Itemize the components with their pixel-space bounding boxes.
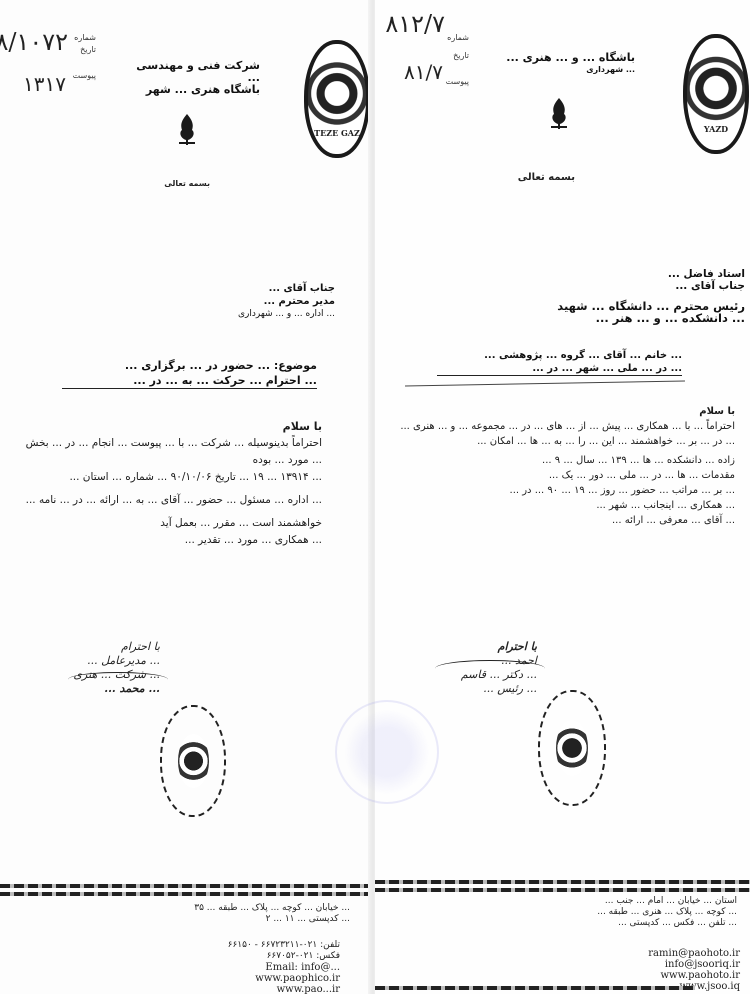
right-signature-line1: با احترام [437, 640, 537, 654]
right-recipient-line2: جناب آقای ... [465, 280, 745, 292]
left-subject-line2: ... احترام ... حرکت ... به ... در ... [62, 373, 317, 389]
left-number-label: شماره [66, 32, 96, 44]
left-footer-band-second [0, 892, 375, 896]
right-footer-address-line3: ... تلفن ... فکس ... کدپستی ... [425, 918, 737, 929]
left-signature-line1: با احترام [70, 640, 160, 654]
left-letter-number: ۲۹۸/۱۰۷۲ [4, 28, 68, 56]
right-footer-web1[interactable]: ramin@paohoto.ir [575, 948, 740, 959]
left-signature-line2: ... مدیرعامل ... [70, 654, 160, 668]
right-body-paragraph7: ... آقای ... معرفی ... ارائه ... [387, 513, 735, 528]
left-salutation: با سلام [22, 418, 322, 435]
right-meta-labels: شماره تاریخ پیوست [447, 32, 469, 88]
right-letter-page: شماره تاریخ پیوست ۸۱۲/۷ ۸۱/۷ باشگاه ... … [375, 0, 750, 994]
right-attachment-label: پیوست [447, 76, 469, 88]
right-subject-underline [405, 381, 685, 387]
left-date-label: تاریخ [66, 44, 96, 56]
left-meta-labels: شماره تاریخ پیوست [66, 32, 96, 82]
right-number-label: شماره [447, 32, 469, 44]
left-footer-address-line2: ... کدپستی ... ۱۱ ... ۲ [100, 914, 350, 925]
right-official-stamp [538, 690, 606, 806]
right-recipient-line4: ... دانشکده ... و ... هنر ... [465, 312, 745, 324]
right-subject: ... خانم ... آقای ... گروه ... پژوهشی ..… [437, 349, 682, 376]
right-body-paragraph3: زاده ... دانشکده ... ها ... ۱۳۹ ... سال … [387, 453, 735, 468]
right-footer-web2[interactable]: info@jsooriq.ir [575, 959, 740, 970]
left-body-paragraph3: ... اداره ... مسئول ... حضور ... آقای ..… [22, 492, 322, 509]
left-org-header-line2: باشگاه هنری ... شهر [120, 84, 260, 96]
left-signature-block: با احترام ... مدیرعامل ... ... شرکت ... … [70, 640, 160, 696]
right-logo-text: YAZD [687, 124, 745, 134]
left-footer-email[interactable]: Email: info@... [180, 962, 340, 973]
left-org-header-line1: شرکت فنی و مهندسی ... [120, 60, 260, 84]
left-attachment-label: پیوست [66, 70, 96, 82]
left-official-stamp [160, 705, 226, 817]
right-org-logo: YAZD [683, 34, 749, 154]
left-footer-address: ... خیابان ... کوچه ... پلاک ... طبقه ..… [100, 903, 350, 925]
right-subject-line1: ... خانم ... آقای ... گروه ... پژوهشی ..… [437, 349, 682, 362]
left-body-paragraph4: خواهشمند است ... مقرر ... بعمل آید [102, 515, 322, 532]
right-footer-web3[interactable]: www.paohoto.ir [575, 970, 740, 981]
left-recipient-line3: ... اداره ... و ... شهرداری [150, 308, 335, 321]
right-org-header-line2: ... شهرداری [485, 64, 635, 76]
left-footer-phone: تلفن: ۰۲۱-۶۶۷۲۳۲۱۱ - ۶۶۱۵۰ [180, 940, 340, 951]
left-org-header: شرکت فنی و مهندسی ... باشگاه هنری ... شه… [120, 60, 260, 96]
left-footer-web: Email: info@... www.paophico.ir www.pao.… [180, 962, 340, 994]
right-letter-title: بسمه تعالی [515, 172, 575, 184]
right-body-paragraph4: مقدمات ... ها ... در ... ملی ... دور ...… [387, 468, 735, 483]
left-footer-band-top [0, 884, 375, 888]
right-letter-date: ۸۱/۷ [389, 60, 443, 84]
left-subject-line1: موضوع: ... حضور در ... برگزاری ... [62, 358, 317, 373]
right-signature-stroke [435, 660, 545, 677]
left-recipient-line2: مدیر محترم ... [150, 295, 335, 308]
faint-watermark-stamp [335, 700, 439, 804]
right-salutation: با سلام [387, 404, 735, 419]
right-footer-address-line2: ... کوچه ... پلاک ... هنری ... طبقه ... [425, 907, 737, 918]
left-body-paragraph1: احتراماً بدینوسیله ... شرکت ... با ... پ… [22, 435, 322, 469]
right-body-paragraph6: ... همکاری ... اینجانب ... شهر ... [387, 498, 735, 513]
right-date-label: تاریخ [447, 50, 469, 62]
right-footer-band-bottom [375, 986, 695, 990]
left-recipient-block: جناب آقای ... مدیر محترم ... ... اداره .… [150, 282, 335, 321]
left-footer-contact: تلفن: ۰۲۱-۶۶۷۲۳۲۱۱ - ۶۶۱۵۰ فکس: ۰۲۱-۶۶۷۰… [180, 940, 340, 962]
right-org-header: باشگاه ... و ... هنری ... ... شهرداری [485, 52, 635, 76]
left-body-paragraph2: ... ۱۳۹۱۴ ... ۱۹ ... تاریخ ۹۰/۱۰/۰۶ ... … [22, 469, 322, 486]
emblem-icon [548, 96, 570, 130]
right-letter-number: ۸۱۲/۷ [385, 10, 445, 38]
right-recipient-line1: استاد فاضل ... [465, 268, 745, 280]
right-org-header-line1: باشگاه ... و ... هنری ... [485, 52, 635, 64]
left-logo-text: TEZE GAZ [308, 128, 366, 138]
left-footer-web2[interactable]: www.pao...ir [180, 984, 340, 994]
left-footer-fax: فکس: ۰۲۱-۶۶۷۰۵۲ [180, 951, 340, 962]
left-attachment-value: ۱۳۱۷ [14, 72, 66, 96]
right-footer-address-line1: استان ... خیابان ... امام ... جنب ... [425, 896, 737, 907]
left-subject: موضوع: ... حضور در ... برگزاری ... ... ا… [62, 358, 317, 389]
emblem-icon [176, 112, 198, 146]
left-body-paragraph5: ... همکاری ... مورد ... تقدیر ... [102, 532, 322, 549]
left-letter-title: بسمه تعالی [150, 178, 210, 190]
right-body-paragraph5: ... بر ... مراتب ... حضور ... روز ... ۱۹… [387, 483, 735, 498]
left-body: با سلام احتراماً بدینوسیله ... شرکت ... … [22, 418, 322, 549]
left-org-logo: TEZE GAZ [304, 40, 370, 158]
left-footer-web1[interactable]: www.paophico.ir [180, 973, 340, 984]
right-footer-band-second [375, 888, 750, 892]
right-body-paragraph1: احتراماً ... با ... همکاری ... پیش ... ا… [387, 419, 735, 434]
right-body-paragraph2: ... در ... بر ... خواهشمند ... این ... ر… [387, 434, 735, 449]
left-signature-stroke [68, 672, 168, 687]
right-subject-line2: ... در ... ملی ... شهر ... در ... [437, 362, 682, 376]
right-body: با سلام احتراماً ... با ... همکاری ... پ… [387, 404, 735, 528]
left-footer-address-line1: ... خیابان ... کوچه ... پلاک ... طبقه ..… [100, 903, 350, 914]
right-footer-band-top [375, 880, 750, 884]
right-signature-line4: ... رئیس ... [437, 682, 537, 696]
left-recipient-line1: جناب آقای ... [150, 282, 335, 295]
right-footer-address: استان ... خیابان ... امام ... جنب ... ..… [425, 896, 737, 929]
right-recipient-block: استاد فاضل ... جناب آقای ... رئیس محترم … [465, 268, 745, 324]
left-letter-page: شماره تاریخ پیوست ۲۹۸/۱۰۷۲ ۱۳۱۷ شرکت فنی… [0, 0, 375, 994]
